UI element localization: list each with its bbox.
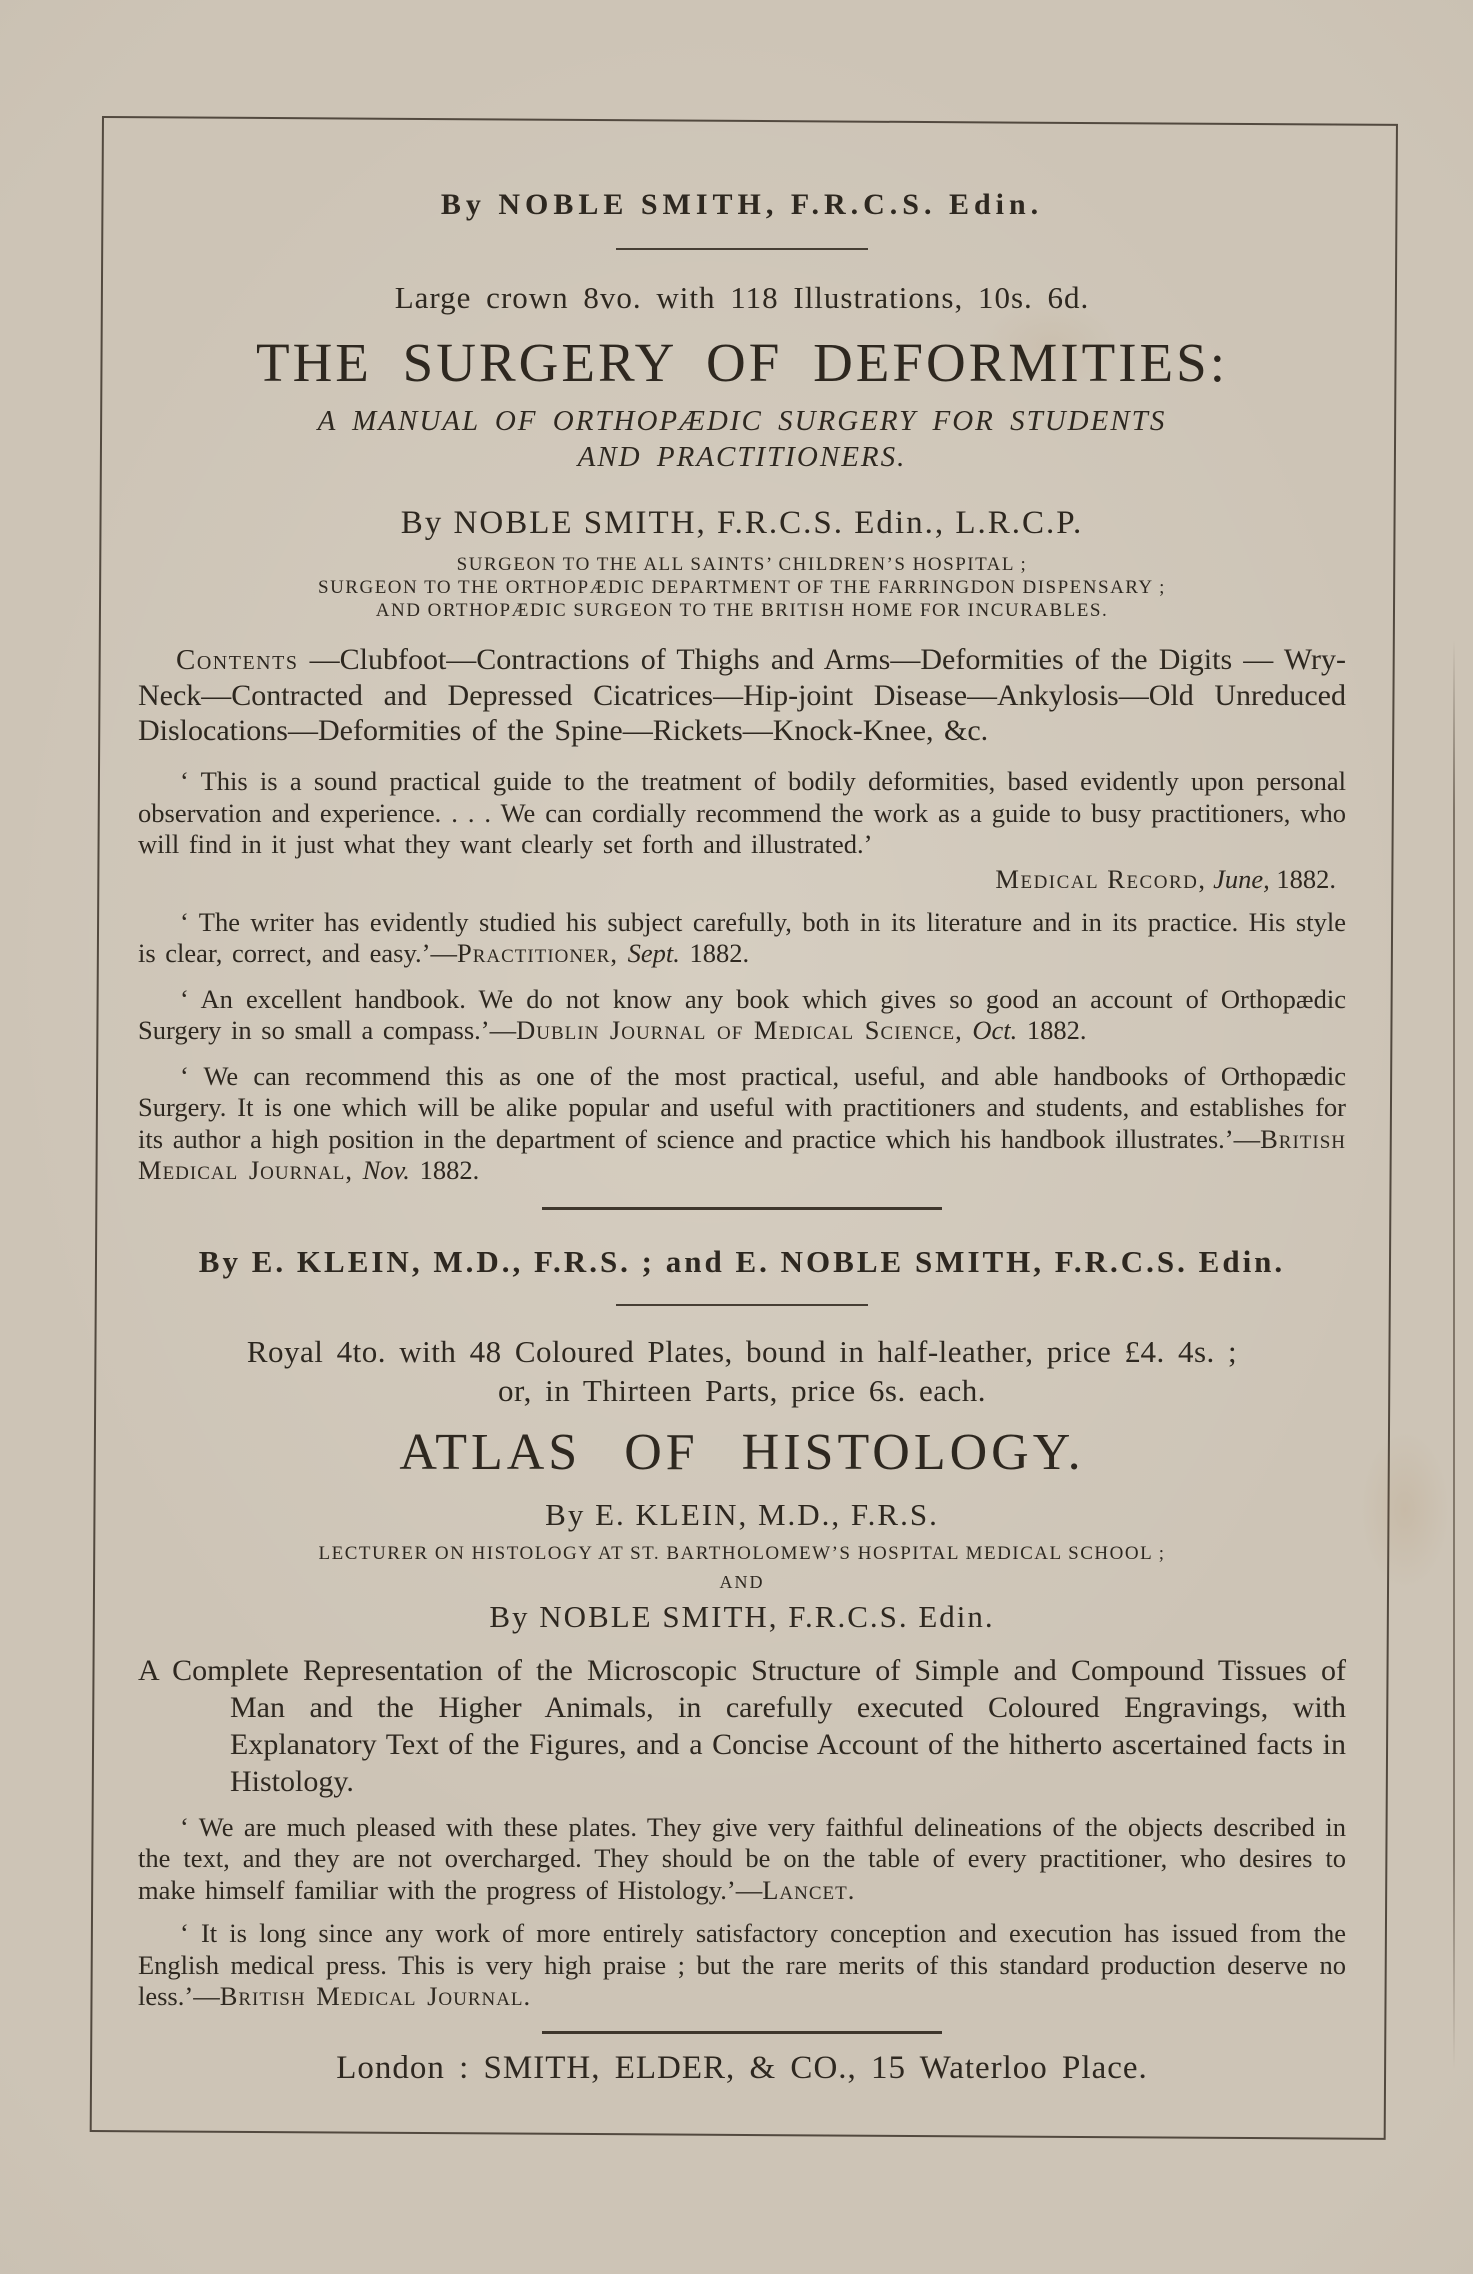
attribution-dash: — [1234, 1124, 1261, 1154]
review-month: June, [1213, 864, 1270, 894]
atlas-ad-section: By E. KLEIN, M.D., F.R.S. ; and E. NOBLE… [138, 1242, 1346, 2013]
scanned-book-page: { "surgery": { "byline": "By NOBLE SMITH… [0, 0, 1473, 2274]
credential-line: AND ORTHOPÆDIC SURGEON TO THE BRITISH HO… [138, 599, 1346, 622]
credential-line: SURGEON TO THE ORTHOPÆDIC DEPARTMENT OF … [138, 576, 1346, 599]
atlas-byline: By E. KLEIN, M.D., F.R.S. ; and E. NOBLE… [138, 1242, 1346, 1282]
atlas-and-label: AND [138, 1571, 1346, 1593]
review-source: Dublin Journal of Medical Science, [516, 1015, 963, 1045]
review-month: Oct. [972, 1015, 1017, 1045]
atlas-description: A Complete Representation of the Microsc… [138, 1652, 1346, 1800]
atlas-author-smith: By NOBLE SMITH, F.R.C.S. Edin. [138, 1598, 1346, 1636]
adjacent-page-edge [1453, 640, 1455, 2070]
attribution-dash: — [430, 938, 457, 968]
atlas-price-line1: Royal 4to. with 48 Coloured Plates, boun… [138, 1332, 1346, 1371]
contents-label: Contents [176, 644, 298, 676]
review-medical-record-attribution: Medical Record, June, 1882. [138, 863, 1346, 895]
review-dublin-journal: ‘ An excellent handbook. We do not know … [138, 984, 1346, 1047]
review-year: 1882. [690, 938, 750, 968]
surgery-subtitle-line1: A MANUAL OF ORTHOPÆDIC SURGERY FOR STUDE… [138, 403, 1346, 439]
attribution-dash: — [193, 1981, 220, 2011]
page-content: By NOBLE SMITH, F.R.C.S. Edin. Large cro… [102, 116, 1398, 2089]
review-practitioner: ‘ The writer has evidently studied his s… [138, 907, 1346, 970]
publisher-imprint: London : SMITH, ELDER, & CO., 15 Waterlo… [138, 2048, 1346, 2089]
review-quote: ‘ We can recommend this as one of the mo… [138, 1061, 1346, 1154]
attribution-dash: — [736, 1875, 763, 1905]
review-month: Sept. [628, 938, 680, 968]
atlas-lecturer-line: LECTURER ON HISTOLOGY AT ST. BARTHOLOMEW… [138, 1542, 1346, 1566]
review-month: Nov. [363, 1155, 410, 1185]
surgery-title: THE SURGERY OF DEFORMITIES: [138, 333, 1346, 393]
surgery-contents-paragraph: Contents —Clubfoot—Contractions of Thigh… [138, 642, 1346, 748]
review-source: Lancet. [762, 1875, 855, 1905]
atlas-price-block: Royal 4to. with 48 Coloured Plates, boun… [138, 1332, 1346, 1410]
review-bmj-1882: ‘ We can recommend this as one of the mo… [138, 1061, 1346, 1187]
review-lancet: ‘ We are much pleased with these plates.… [138, 1812, 1346, 1907]
atlas-author-klein: By E. KLEIN, M.D., F.R.S. [138, 1496, 1346, 1534]
surgery-ad-section: By NOBLE SMITH, F.R.C.S. Edin. Large cro… [138, 186, 1346, 1187]
review-source: Practitioner, [457, 938, 618, 968]
atlas-price-line2: or, in Thirteen Parts, price 6s. each. [138, 1371, 1346, 1410]
section-divider [542, 2031, 942, 2034]
review-source: Medical Record, [995, 864, 1206, 894]
review-year: 1882. [1276, 864, 1336, 894]
byline-rule [616, 1304, 868, 1306]
review-medical-record-quote: ‘ This is a sound practical guide to the… [138, 766, 1346, 861]
credential-line: SURGEON TO THE ALL SAINTS’ CHILDREN’S HO… [138, 553, 1346, 576]
byline-rule [616, 248, 868, 250]
contents-body: —Clubfoot—Contractions of Thighs and Arm… [138, 643, 1346, 747]
attribution-dash: — [490, 1015, 517, 1045]
surgery-author: By NOBLE SMITH, F.R.C.S. Edin., L.R.C.P. [138, 503, 1346, 543]
section-divider [542, 1207, 942, 1210]
review-year: 1882. [1027, 1015, 1087, 1045]
review-bmj-atlas: ‘ It is long since any work of more enti… [138, 1918, 1346, 2013]
review-source: British Medical Journal. [220, 1981, 531, 2011]
surgery-subtitle-line2: AND PRACTITIONERS. [138, 439, 1346, 475]
atlas-title: ATLAS OF HISTOLOGY. [138, 1424, 1346, 1482]
surgery-credentials: SURGEON TO THE ALL SAINTS’ CHILDREN’S HO… [138, 553, 1346, 622]
surgery-format-line: Large crown 8vo. with 118 Illustrations,… [138, 278, 1346, 317]
surgery-byline: By NOBLE SMITH, F.R.C.S. Edin. [138, 186, 1346, 224]
review-year: 1882. [420, 1155, 480, 1185]
